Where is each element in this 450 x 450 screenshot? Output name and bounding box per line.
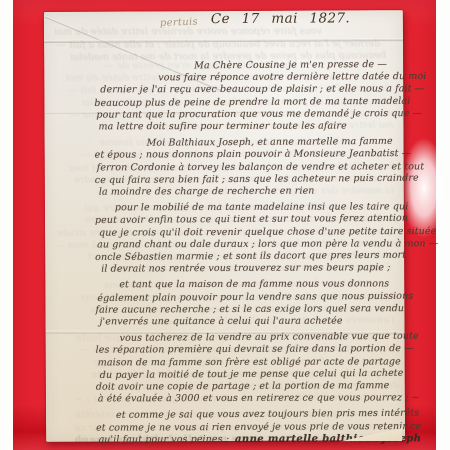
letter-paragraph: pour le mobilié de ma tante madelaine in… xyxy=(95,201,405,276)
manuscript-line: ma lettre doit sufire pour terminer tout… xyxy=(98,120,404,133)
manuscript-line: j'enverrés une quitance à celui qui l'au… xyxy=(99,315,405,328)
manuscript-line: il devrait nos rentrée vous trouverez su… xyxy=(101,262,405,276)
manuscript-line: les réparation première qui devrait se f… xyxy=(96,344,406,358)
letter-paragraph: vous tacherez de la vendre au prix conve… xyxy=(96,331,406,406)
letter-photo: vous faire réponce avotre dernière lettr… xyxy=(0,0,450,450)
manuscript-line: et épous ; nous donnons plain pouvoir à … xyxy=(95,148,405,162)
manuscript-line: la moindre des charge de recherche en ri… xyxy=(99,185,405,199)
letter-paragraph: Ma Chère Cousine je m'en presse de —vous… xyxy=(94,59,404,134)
manuscript-line: dernier je l'ai reçu avec beaucoup de pl… xyxy=(100,84,404,97)
manuscript-line: dernier je l'ai reçu avec beaucoup de pl… xyxy=(86,38,380,52)
letter-paragraph: et tant que la maison de ma famme nous v… xyxy=(95,279,405,329)
letter-header: pertuis Ce 17 mai 1827. xyxy=(44,12,403,14)
manuscript-line: à été évaluée à 3000 et vous en retirere… xyxy=(98,393,406,406)
manuscript-line: que je crois qu'il doit revenir quelque … xyxy=(99,226,405,240)
manuscript-line: vous faire réponce avotre dernière lettr… xyxy=(86,26,322,39)
manuscript-line: et tant que la maison de ma famme nous v… xyxy=(119,279,405,292)
letter-paper: vous faire réponce avotre dernière lettr… xyxy=(44,10,405,442)
collector-annotation: pertuis xyxy=(160,16,198,29)
letter-body: Ma Chère Cousine je m'en presse de —vous… xyxy=(94,59,406,447)
letter-paragraph: Moi Balthiaux Joseph, et anne martelle m… xyxy=(95,136,405,199)
letter-dateline: Ce 17 mai 1827. xyxy=(211,10,350,27)
manuscript-line: et comme je ne vous ai rien envoyé je vo… xyxy=(96,421,406,435)
